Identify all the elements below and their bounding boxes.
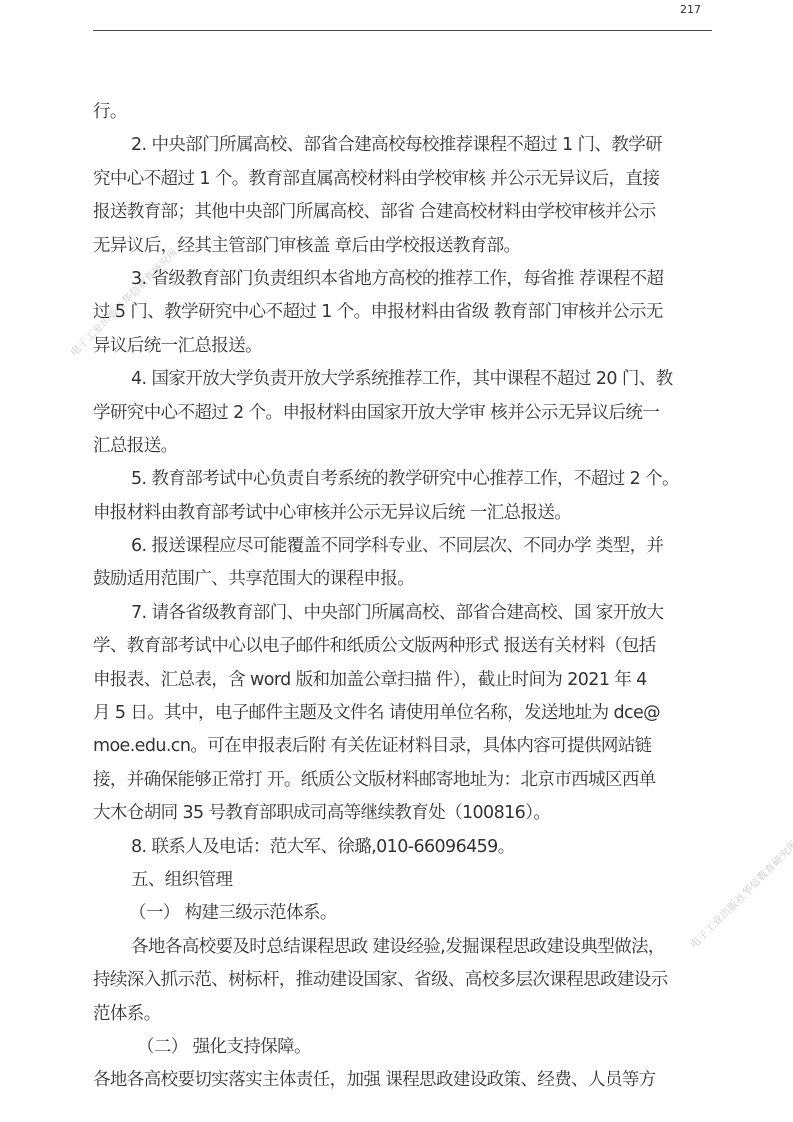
header-rule <box>93 30 712 31</box>
section-heading: 五、组织管理 <box>93 864 708 897</box>
paragraph-line: 7. 请各省级教育部门、中央部门所属高校、部省合建高校、国 家开放大 <box>93 597 708 630</box>
paragraph-line: 究中心不超过 1 个。教育部直属高校材料由学校审核 并公示无异议后，直接 <box>93 163 708 196</box>
subsection-heading: （一） 构建三级示范体系。 <box>93 897 708 930</box>
paragraph-line: 4. 国家开放大学负责开放大学系统推荐工作，其中课程不超过 20 门、教 <box>93 363 708 396</box>
page-number: 217 <box>680 3 701 16</box>
paragraph-line: 6. 报送课程应尽可能覆盖不同学科专业、不同层次、不同办学 类型，并 <box>93 530 708 563</box>
paragraph-line: 2. 中央部门所属高校、部省合建高校每校推荐课程不超过 1 门、教学研 <box>93 129 708 162</box>
contact-line: 8. 联系人及电话：范大军、徐璐,010-66096459。 <box>93 831 708 864</box>
paragraph-line: 各地各高校要切实落实主体责任，加强 课程思政建设政策、经费、人员等方 <box>93 1064 708 1097</box>
paragraph-line: 接，并确保能够正常打 开。纸质公文版材料邮寄地址为：北京市西城区西单 <box>93 764 708 797</box>
paragraph-line: 申报表、汇总表，含 word 版和加盖公章扫描 件），截止时间为 2021 年 … <box>93 664 708 697</box>
paragraph-line: 鼓励适用范围广、共享范围大的课程申报。 <box>93 563 708 596</box>
paragraph-line: 3. 省级教育部门负责组织本省地方高校的推荐工作，每省推 荐课程不超 <box>93 263 708 296</box>
paragraph-line: 学、教育部考试中心以电子邮件和纸质公文版两种形式 报送有关材料（包括 <box>93 630 708 663</box>
paragraph-line: 5. 教育部考试中心负责自考系统的教学研究中心推荐工作，不超过 2 个。 <box>93 463 708 496</box>
paragraph-line: 行。 <box>93 96 708 129</box>
paragraph-line: moe.edu.cn。可在申报表后附 有关佐证材料目录，具体内容可提供网站链 <box>93 730 708 763</box>
paragraph-line: 月 5 日。其中，电子邮件主题及文件名 请使用单位名称，发送地址为 dce@ <box>93 697 708 730</box>
paragraph-line: 持续深入抓示范、树标杆，推动建设国家、省级、高校多层次课程思政建设示 <box>93 964 708 997</box>
subsection-heading: （二） 强化支持保障。 <box>93 1031 708 1064</box>
paragraph-line: 汇总报送。 <box>93 430 708 463</box>
paragraph-line: 大木仓胡同 35 号教育部职成司高等继续教育处（100816）。 <box>93 797 708 830</box>
paragraph-line: 异议后统一汇总报送。 <box>93 330 708 363</box>
paragraph-line: 申报材料由教育部考试中心审核并公示无异议后统 一汇总报送。 <box>93 497 708 530</box>
paragraph-line: 无异议后，经其主管部门审核盖 章后由学校报送教育部。 <box>93 230 708 263</box>
paragraph-line: 学研究中心不超过 2 个。申报材料由国家开放大学审 核并公示无异议后统一 <box>93 397 708 430</box>
document-body: 行。 2. 中央部门所属高校、部省合建高校每校推荐课程不超过 1 门、教学研 究… <box>93 96 708 1098</box>
paragraph-line: 范体系。 <box>93 998 708 1031</box>
paragraph-line: 报送教育部；其他中央部门所属高校、部省 合建高校材料由学校审核并公示 <box>93 196 708 229</box>
paragraph-line: 过 5 门、教学研究中心不超过 1 个。申报材料由省级 教育部门审核并公示无 <box>93 296 708 329</box>
paragraph-line: 各地各高校要及时总结课程思政 建设经验,发掘课程思政建设典型做法， <box>93 931 708 964</box>
